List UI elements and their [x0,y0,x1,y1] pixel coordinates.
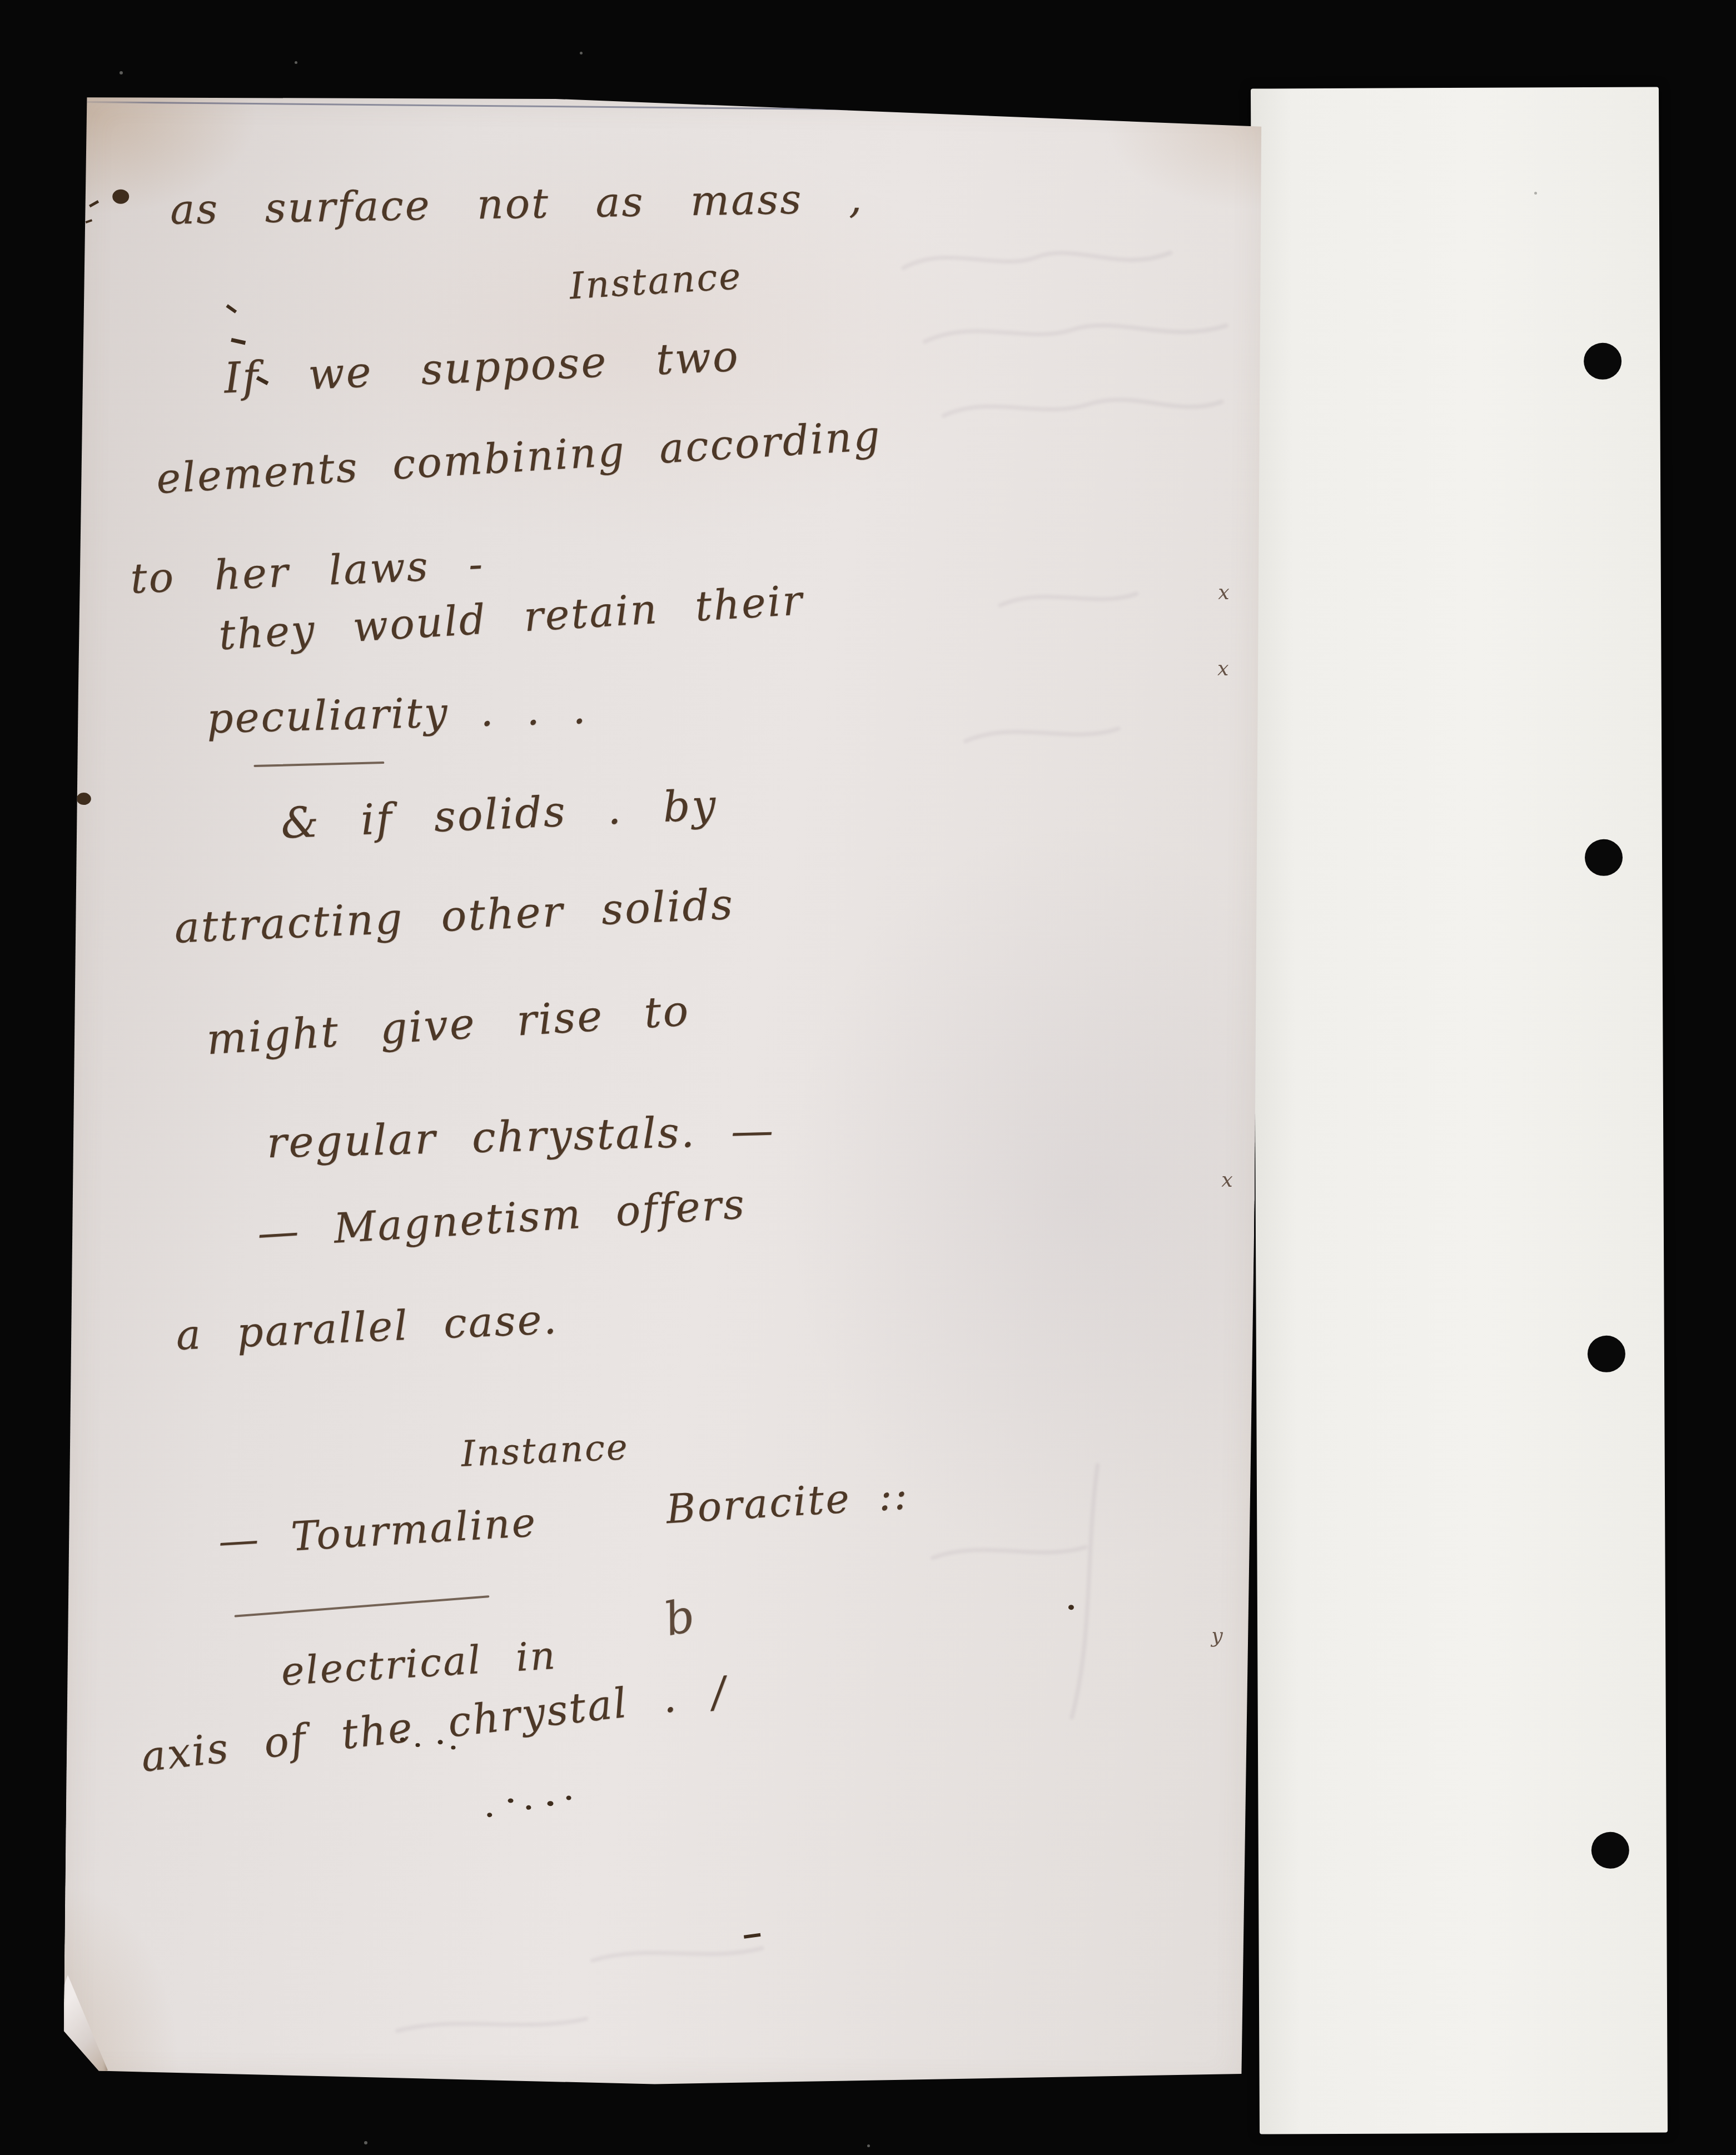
dust-speck [295,61,297,64]
handwriting-line: to her laws - [130,540,485,603]
ink-speck [400,1738,405,1742]
dust-speck [867,2144,870,2147]
handwriting-line: electrical in [280,1633,558,1695]
ink-speck [487,1813,492,1817]
handwriting-line: elements combining according [155,412,883,503]
ink-speck [744,1933,761,1939]
ruled-top-line [87,101,1257,114]
dust-speck [364,2141,367,2144]
handwriting-line: — Tourmaline [217,1499,538,1564]
photograph-background: as surface not as mass ,InstanceIf we su… [0,0,1736,2155]
margin-squiggle: x [1217,658,1229,680]
page-corner-fold [63,1975,109,2081]
margin-squiggle: x [1221,1169,1233,1192]
manuscript-page: as surface not as mass ,InstanceIf we su… [63,93,1265,2092]
handwriting-line: — Magnetism offers [256,1180,747,1257]
backing-sheet [1251,87,1668,2134]
ink-speck [1068,1605,1074,1610]
ink-speck [438,1740,443,1744]
dust-speck [120,71,123,74]
handwriting-line: attracting other solids [173,879,735,953]
ink-speck [226,304,237,313]
punch-hole [1584,343,1621,380]
handwritten-underline [253,762,384,767]
ink-speck [451,1746,455,1750]
ink-speck [231,338,246,345]
ink-speck [526,1805,531,1810]
margin-squiggle: x [1218,581,1230,604]
ink-speck [77,793,91,805]
ink-speck [415,1743,420,1747]
handwriting-line: regular chrystals. — [266,1105,775,1167]
punch-hole [1588,1336,1625,1372]
handwriting-line: Instance [460,1427,630,1475]
ink-speck [112,190,129,204]
handwriting-line: a parallel case. [175,1295,559,1359]
ink-speck [547,1801,553,1806]
ink-speck [566,1795,571,1800]
handwriting-line: Instance [568,255,743,308]
handwriting-line: & if solids . by [280,780,719,848]
handwriting-line: If we suppose two [223,331,740,403]
ink-speck [85,219,92,223]
punch-hole [1591,1832,1629,1869]
handwriting-line: as surface not as mass , [170,175,864,234]
dust-speck [580,52,583,54]
handwriting-line: b [660,1589,700,1646]
handwriting-line: Boracite :: [665,1471,910,1532]
ink-speck [508,1798,514,1803]
dust-speck [1534,192,1537,195]
handwriting-line: might give rise to [205,986,692,1064]
margin-squiggle: y [1211,1625,1223,1648]
handwriting-line: peculiarity . . . [206,685,588,743]
ink-speck [89,200,99,207]
punch-hole [1585,839,1623,876]
handwritten-underline [235,1595,490,1618]
